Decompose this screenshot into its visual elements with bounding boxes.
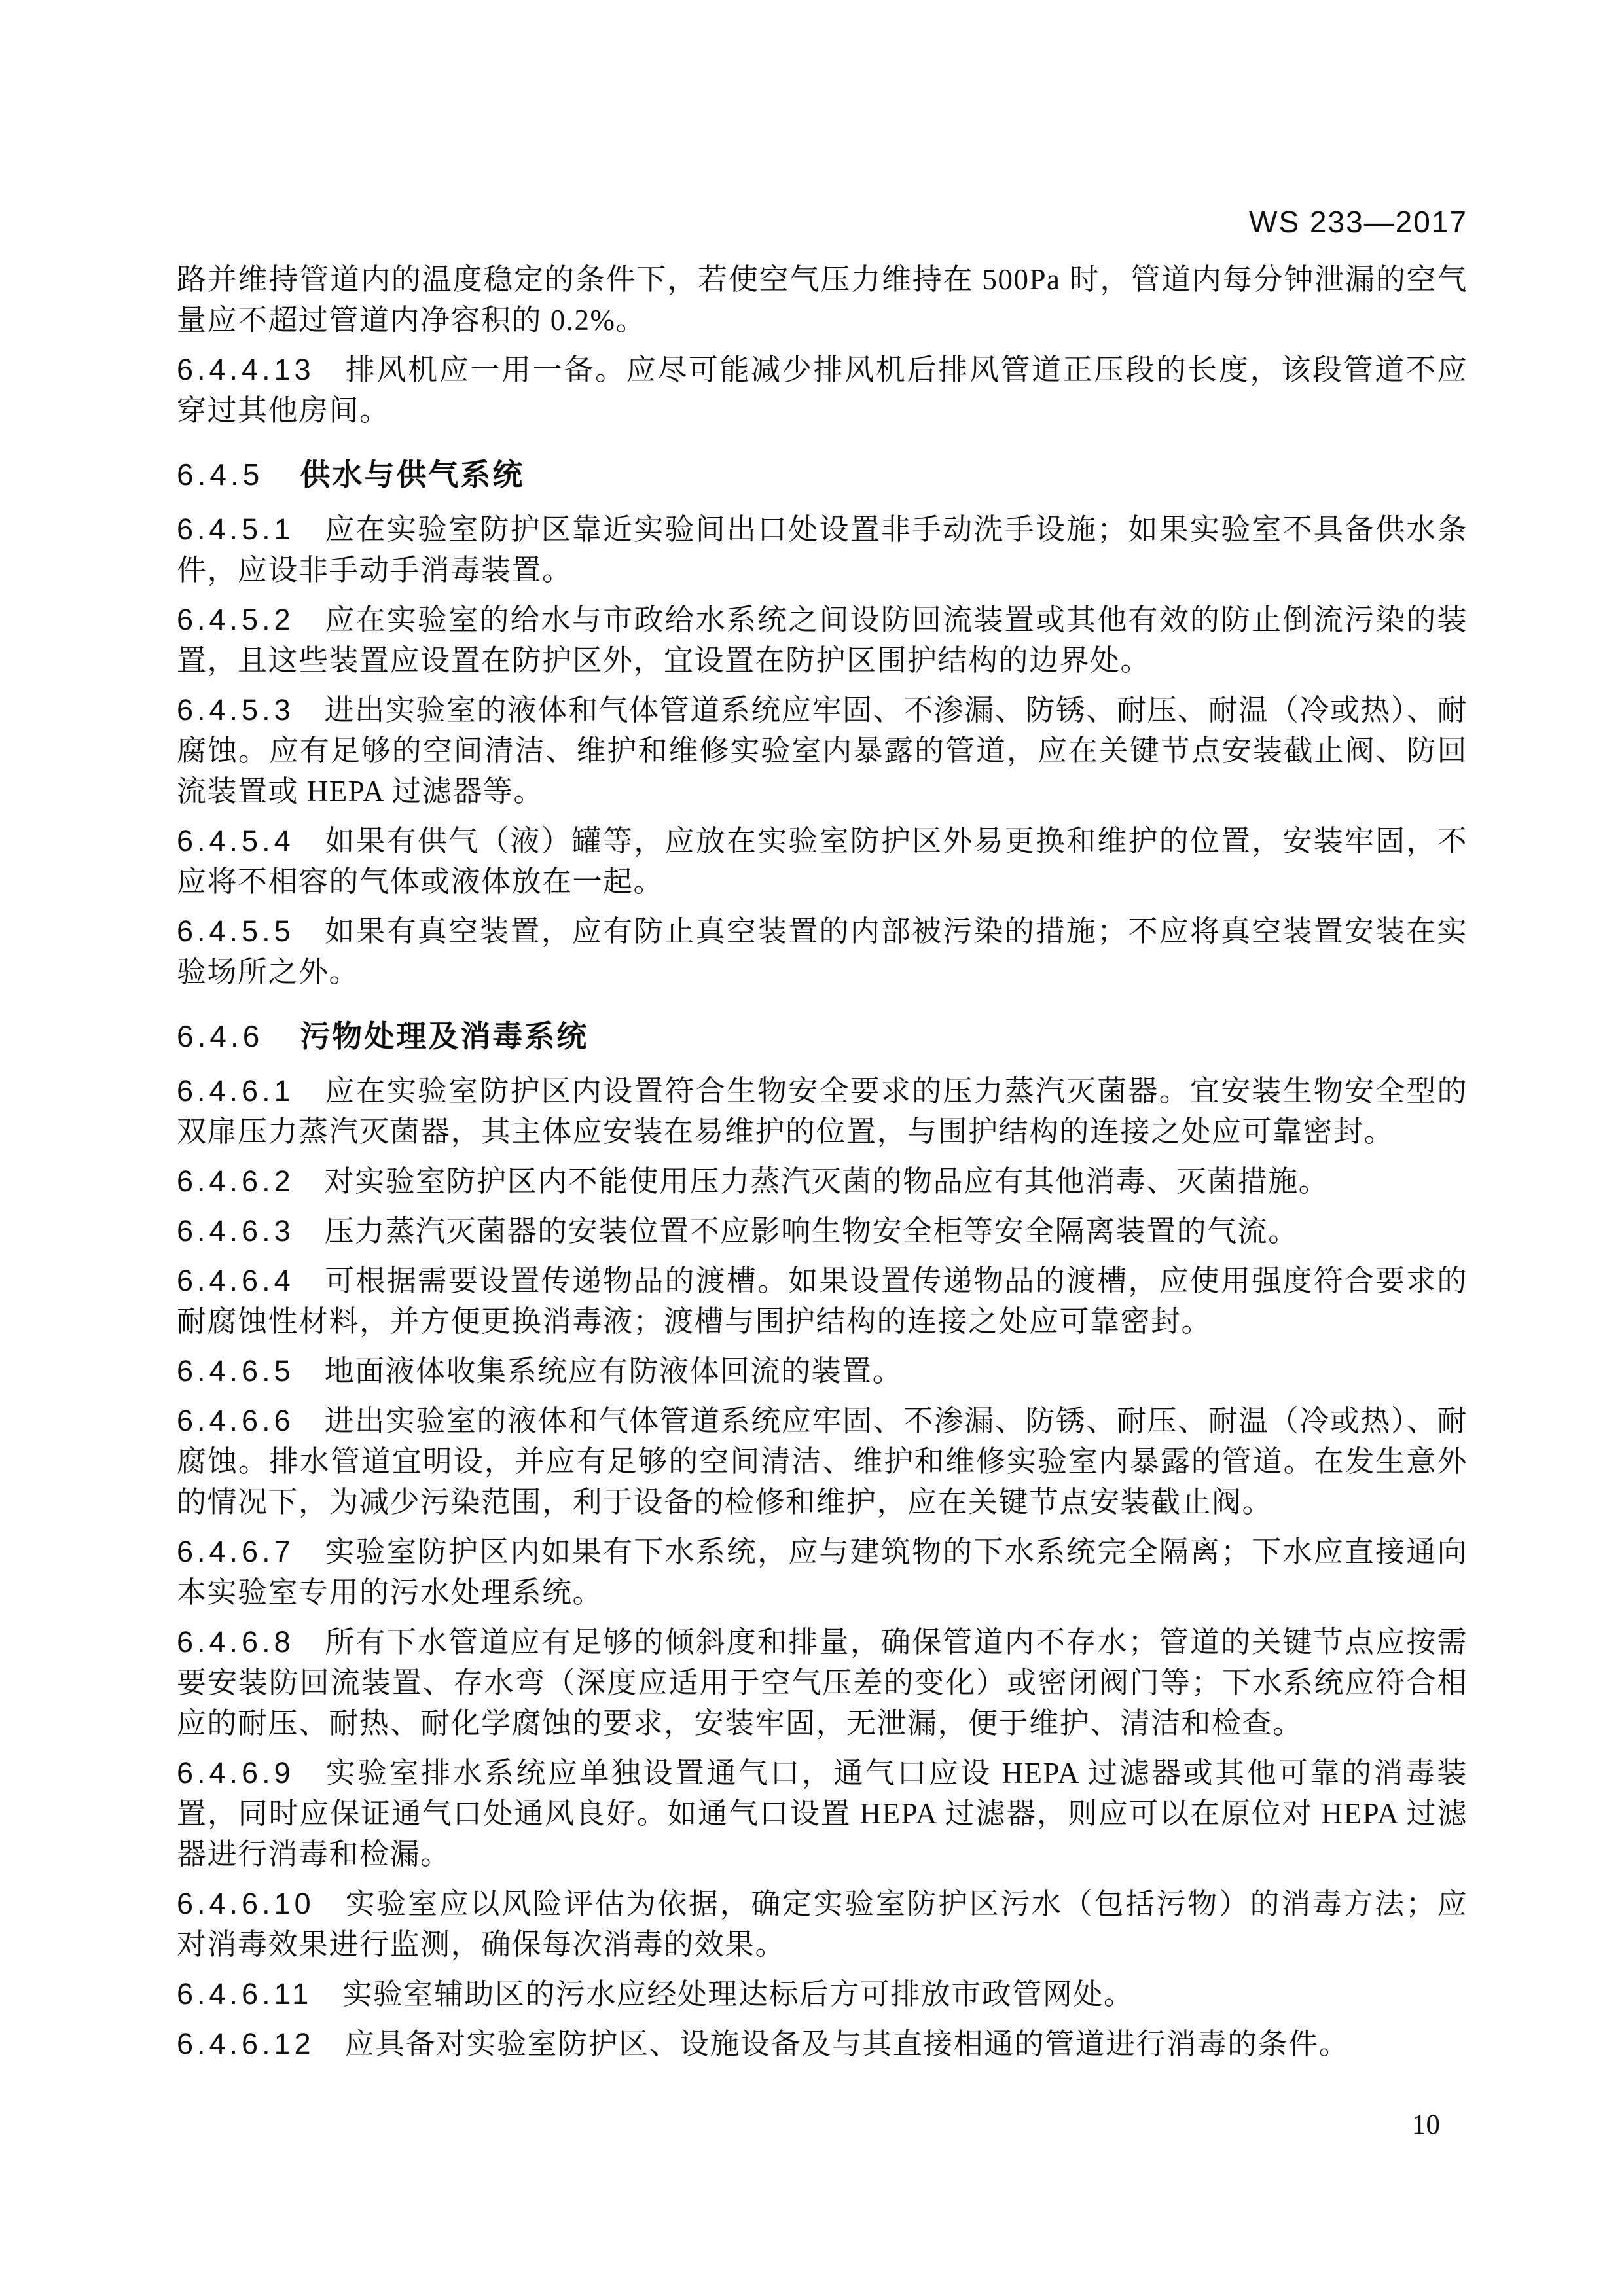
clause-paragraph: 6.4.6.4可根据需要设置传递物品的渡槽。如果设置传递物品的渡槽，应使用强度符…: [177, 1261, 1468, 1342]
clause-paragraph: 6.4.6.3压力蒸汽灭菌器的安装位置不应影响生物安全柜等安全隔离装置的气流。: [177, 1211, 1468, 1251]
document-body: 路并维持管道内的温度稳定的条件下，若使空气压力维持在 500Pa 时，管道内每分…: [177, 259, 1468, 2064]
page-number: 10: [1412, 2109, 1440, 2140]
page-footer: 10: [177, 2109, 1440, 2141]
document-page: WS 233—2017 路并维持管道内的温度稳定的条件下，若使空气压力维持在 5…: [0, 0, 1624, 2296]
clause-number: 6.4.6.4: [177, 1264, 295, 1297]
section-number: 6.4.6: [177, 1019, 263, 1053]
clause-text: 实验室辅助区的污水应经处理达标后方可排放市政管网处。: [342, 1978, 1134, 2011]
clause-number: 6.4.6.1: [177, 1074, 295, 1107]
clause-text: 路并维持管道内的温度稳定的条件下，若使空气压力维持在 500Pa 时，管道内每分…: [177, 263, 1468, 336]
clause-number: 6.4.6.8: [177, 1625, 295, 1659]
standard-number: WS 233—2017: [1249, 205, 1468, 239]
clause-paragraph: 6.4.6.6进出实验室的液体和气体管道系统应牢固、不渗漏、防锈、耐压、耐温（冷…: [177, 1401, 1468, 1522]
continuation-paragraph: 路并维持管道内的温度稳定的条件下，若使空气压力维持在 500Pa 时，管道内每分…: [177, 259, 1468, 340]
clause-paragraph: 6.4.4.13排风机应一用一备。应尽可能减少排风机后排风管道正压段的长度，该段…: [177, 350, 1468, 431]
clause-number: 6.4.6.5: [177, 1354, 295, 1388]
clause-text: 应在实验室防护区内设置符合生物安全要求的压力蒸汽灭菌器。宜安装生物安全型的双扉压…: [177, 1075, 1468, 1148]
clause-paragraph: 6.4.5.3进出实验室的液体和气体管道系统应牢固、不渗漏、防锈、耐压、耐温（冷…: [177, 690, 1468, 812]
clause-text: 地面液体收集系统应有防液体回流的装置。: [325, 1355, 903, 1388]
clause-text: 应在实验室防护区靠近实验间出口处设置非手动洗手设施；如果实验室不具备供水条件，应…: [177, 513, 1468, 586]
clause-number: 6.4.6.7: [177, 1535, 295, 1568]
clause-paragraph: 6.4.6.1应在实验室防护区内设置符合生物安全要求的压力蒸汽灭菌器。宜安装生物…: [177, 1071, 1468, 1152]
clause-text: 压力蒸汽灭菌器的安装位置不应影响生物安全柜等安全隔离装置的气流。: [325, 1215, 1299, 1247]
clause-text: 实验室防护区内如果有下水系统，应与建筑物的下水系统完全隔离；下水应直接通向本实验…: [177, 1535, 1468, 1609]
clause-text: 排风机应一用一备。应尽可能减少排风机后排风管道正压段的长度，该段管道不应穿过其他…: [177, 353, 1468, 427]
clause-paragraph: 6.4.5.4如果有供气（液）罐等，应放在实验室防护区外易更换和维护的位置，安装…: [177, 821, 1468, 902]
clause-paragraph: 6.4.6.2对实验室防护区内不能使用压力蒸汽灭菌的物品应有其他消毒、灭菌措施。: [177, 1161, 1468, 1202]
clause-text: 对实验室防护区内不能使用压力蒸汽灭菌的物品应有其他消毒、灭菌措施。: [325, 1165, 1329, 1198]
clause-text: 如果有真空装置，应有防止真空装置的内部被污染的措施；不应将真空装置安装在实验场所…: [177, 915, 1468, 988]
clause-paragraph: 6.4.5.5如果有真空装置，应有防止真空装置的内部被污染的措施；不应将真空装置…: [177, 911, 1468, 992]
clause-number: 6.4.5.2: [177, 603, 295, 636]
clause-number: 6.4.6.3: [177, 1214, 295, 1247]
clause-paragraph: 6.4.6.5地面液体收集系统应有防液体回流的装置。: [177, 1351, 1468, 1391]
clause-text: 如果有供气（液）罐等，应放在实验室防护区外易更换和维护的位置，安装牢固，不应将不…: [177, 825, 1468, 898]
clause-number: 6.4.6.9: [177, 1756, 295, 1789]
clause-text: 进出实验室的液体和气体管道系统应牢固、不渗漏、防锈、耐压、耐温（冷或热）、耐腐蚀…: [177, 1405, 1468, 1518]
clause-paragraph: 6.4.6.12应具备对实验室防护区、设施设备及与其直接相通的管道进行消毒的条件…: [177, 2024, 1468, 2064]
clause-number: 6.4.4.13: [177, 353, 315, 386]
clause-number: 6.4.6.11: [177, 1977, 312, 2011]
clause-text: 实验室应以风险评估为依据，确定实验室防护区污水（包括污物）的消毒方法；应对消毒效…: [177, 1888, 1468, 1961]
clause-number: 6.4.6.6: [177, 1404, 295, 1437]
clause-number: 6.4.5.4: [177, 824, 295, 857]
clause-number: 6.4.6.10: [177, 1887, 315, 1920]
section-heading: 6.4.5供水与供气系统: [177, 454, 1468, 495]
clause-paragraph: 6.4.5.2应在实验室的给水与市政给水系统之间设防回流装置或其他有效的防止倒流…: [177, 600, 1468, 681]
clause-number: 6.4.5.5: [177, 914, 295, 948]
clause-number: 6.4.5.1: [177, 512, 295, 546]
clause-number: 6.4.6.2: [177, 1164, 295, 1198]
clause-text: 实验室排水系统应单独设置通气口，通气口应设 HEPA 过滤器或其他可靠的消毒装置…: [177, 1757, 1468, 1871]
section-number: 6.4.5: [177, 457, 263, 492]
section-heading: 6.4.6污物处理及消毒系统: [177, 1016, 1468, 1056]
clause-paragraph: 6.4.6.9实验室排水系统应单独设置通气口，通气口应设 HEPA 过滤器或其他…: [177, 1753, 1468, 1874]
clause-paragraph: 6.4.6.10实验室应以风险评估为依据，确定实验室防护区污水（包括污物）的消毒…: [177, 1884, 1468, 1965]
page-header: WS 233—2017: [177, 204, 1468, 240]
clause-paragraph: 6.4.6.7实验室防护区内如果有下水系统，应与建筑物的下水系统完全隔离；下水应…: [177, 1532, 1468, 1613]
clause-text: 可根据需要设置传递物品的渡槽。如果设置传递物品的渡槽，应使用强度符合要求的耐腐蚀…: [177, 1265, 1468, 1338]
clause-number: 6.4.6.12: [177, 2027, 315, 2060]
clause-paragraph: 6.4.5.1应在实验室防护区靠近实验间出口处设置非手动洗手设施；如果实验室不具…: [177, 509, 1468, 590]
clause-paragraph: 6.4.6.11实验室辅助区的污水应经处理达标后方可排放市政管网处。: [177, 1974, 1468, 2015]
clause-text: 所有下水管道应有足够的倾斜度和排量，确保管道内不存水；管道的关键节点应按需要安装…: [177, 1626, 1468, 1740]
clause-paragraph: 6.4.6.8所有下水管道应有足够的倾斜度和排量，确保管道内不存水；管道的关键节…: [177, 1622, 1468, 1744]
clause-text: 进出实验室的液体和气体管道系统应牢固、不渗漏、防锈、耐压、耐温（冷或热）、耐腐蚀…: [177, 694, 1468, 808]
section-title: 污物处理及消毒系统: [300, 1019, 588, 1053]
clause-text: 应在实验室的给水与市政给水系统之间设防回流装置或其他有效的防止倒流污染的装置，且…: [177, 603, 1468, 677]
clause-number: 6.4.5.3: [177, 693, 295, 726]
section-title: 供水与供气系统: [300, 457, 524, 492]
clause-text: 应具备对实验室防护区、设施设备及与其直接相通的管道进行消毒的条件。: [345, 2028, 1350, 2060]
